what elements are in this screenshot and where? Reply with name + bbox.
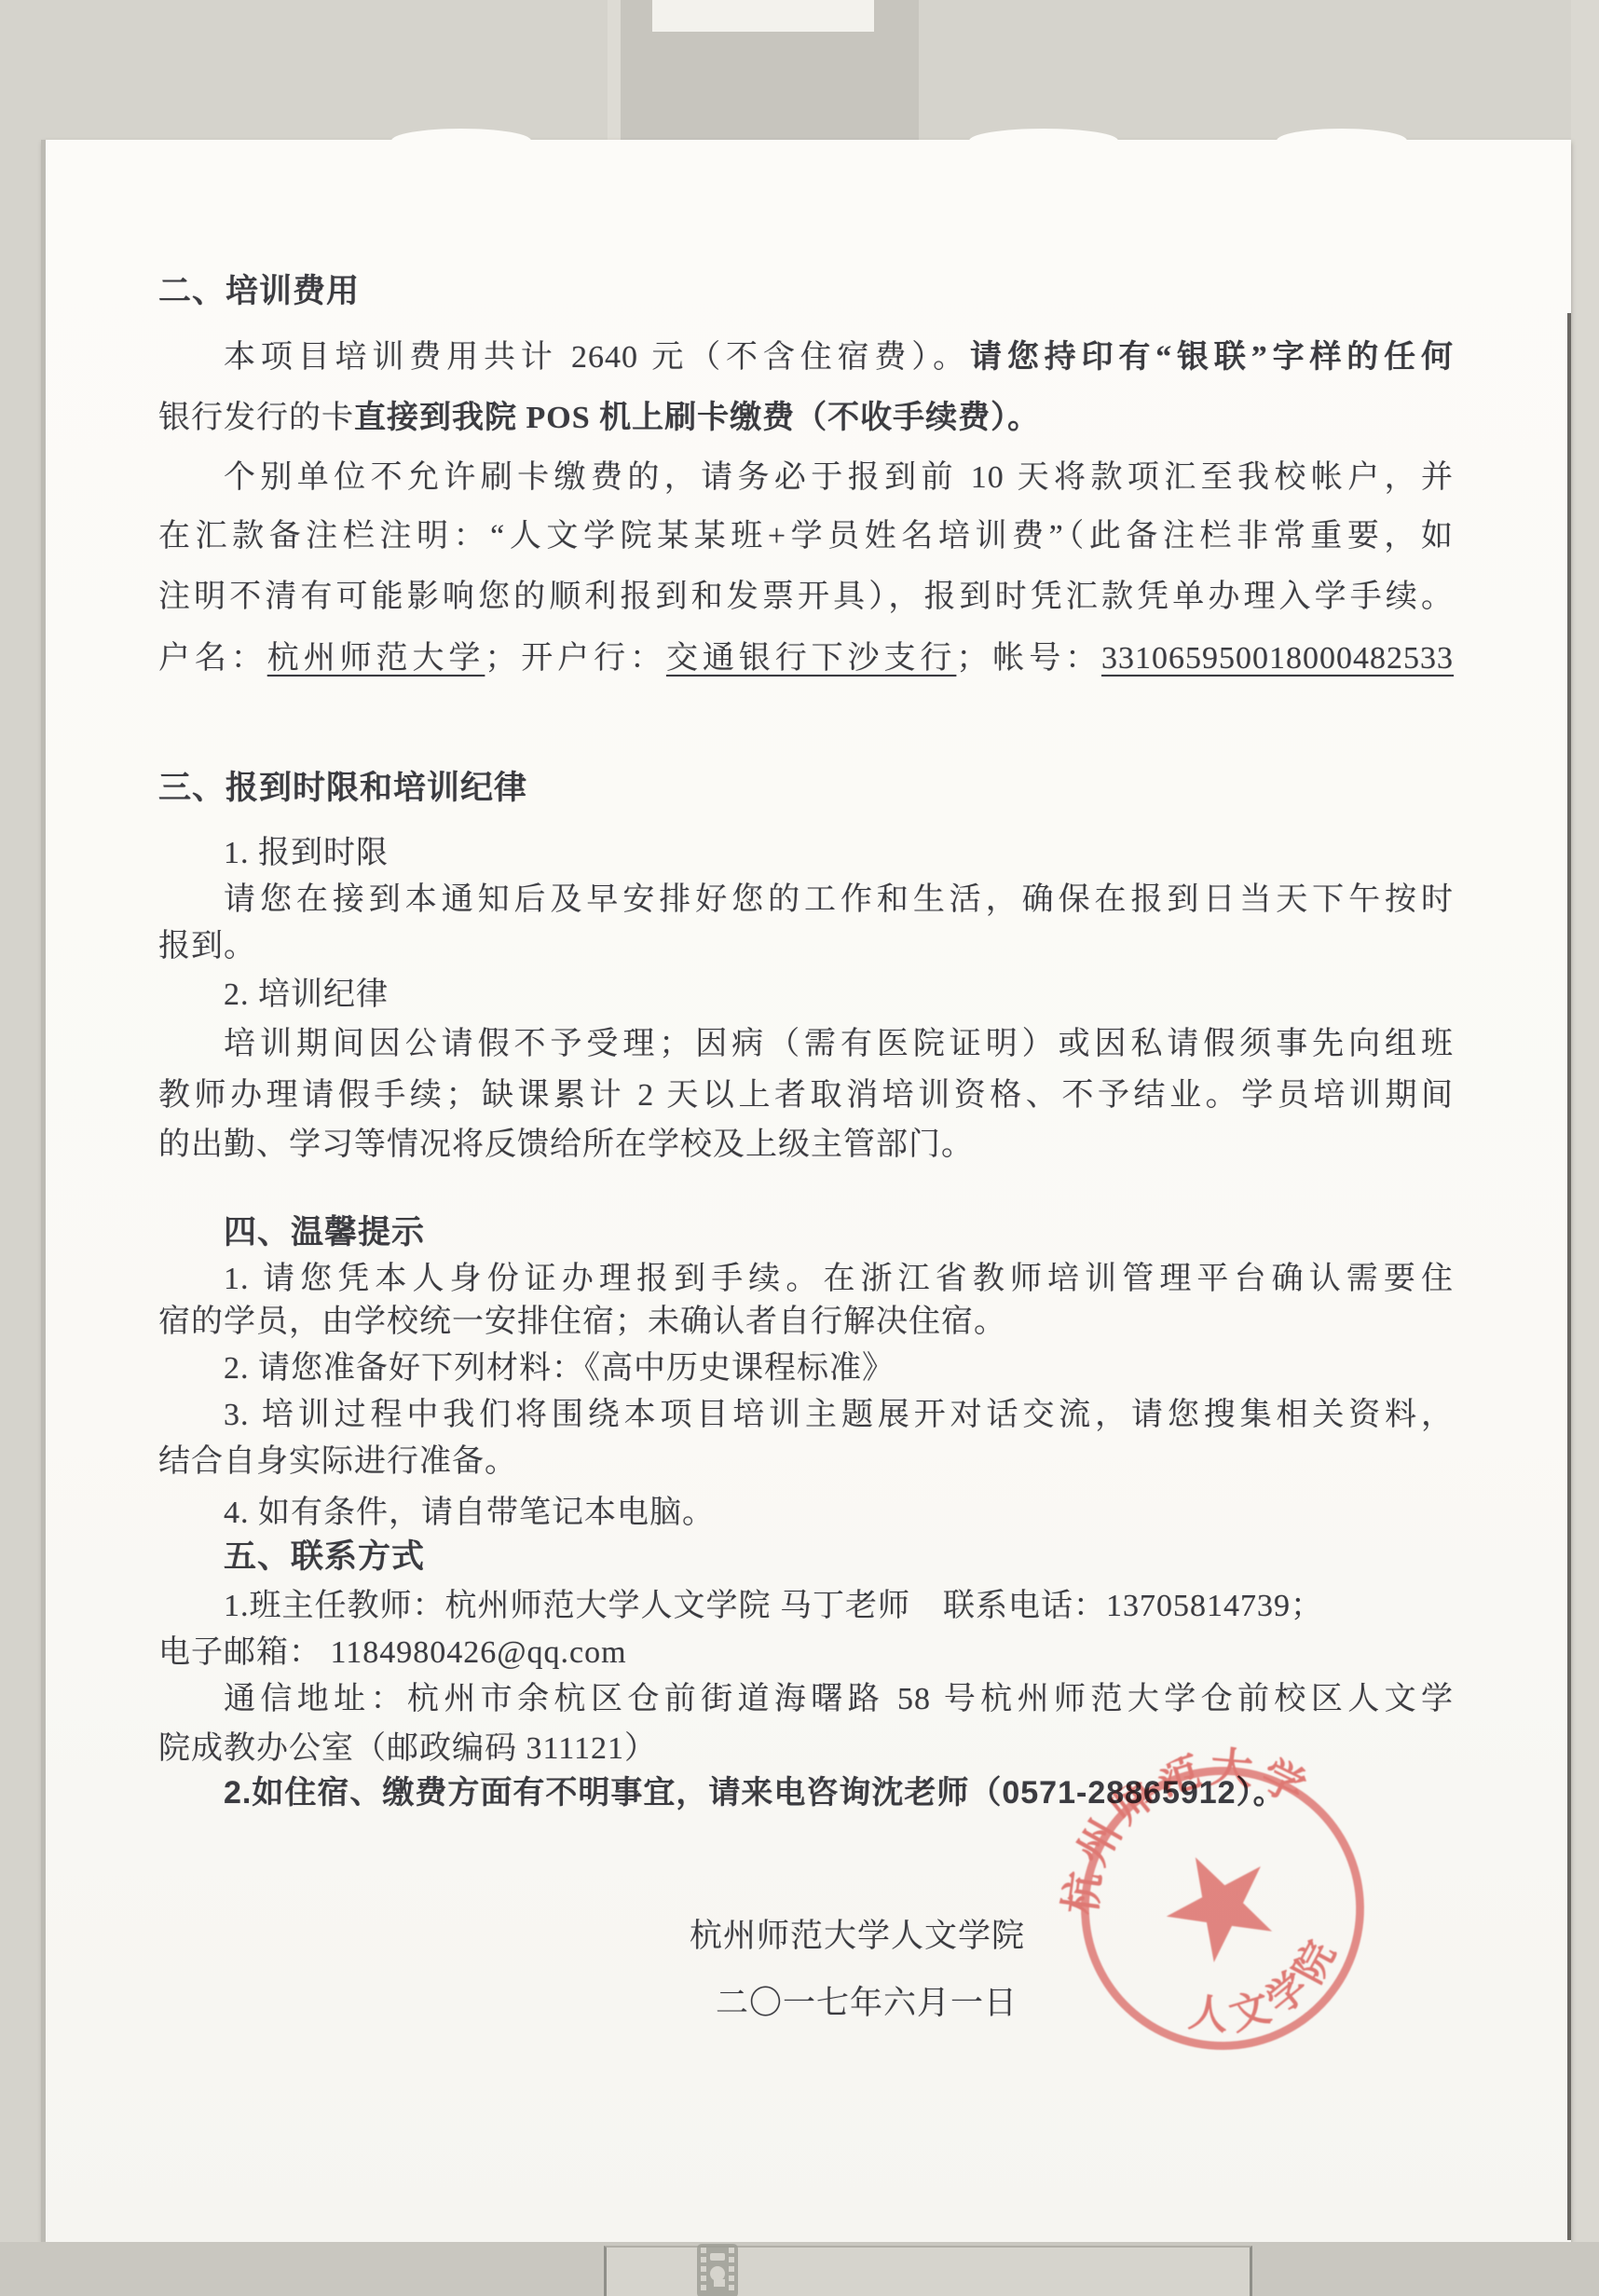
discipline-paragraph-line: 教师办理请假手续；缺课累计 2 天以上者取消培训资格、不予结业。学员培训期间 [158, 1076, 1454, 1119]
film-strip-icon [691, 2242, 744, 2296]
bank-card-text: 银行发行的卡 [158, 401, 354, 435]
reminder-item-line: 2. 请您准备好下列材料：《高中历史课程标准》 [158, 1349, 1454, 1392]
reminder-item-line: 结合自身实际进行准备。 [158, 1442, 1454, 1485]
account-number-label: ；帐号： [956, 641, 1101, 676]
reminder-item-line: 3. 培训过程中我们将围绕本项目培训主题展开对话交流，请您搜集相关资料， [158, 1396, 1454, 1439]
discipline-paragraph-line: 的出勤、学习等情况将反馈给所在学校及上级主管部门。 [158, 1126, 1454, 1168]
bank-account-line: 户名：杭州师范大学；开户行：交通银行下沙支行；帐号：33106595001800… [158, 639, 1454, 682]
fee-paragraph-line: 本项目培训费用共计 2640 元（不含住宿费）。请您持印有“银联”字样的任何 [158, 338, 1454, 381]
account-number-value: 331065950018000482533 [1101, 641, 1454, 676]
bank-branch-value: 交通银行下沙支行 [666, 641, 956, 676]
section-4-heading: 四、温馨提示 [158, 1213, 1454, 1256]
bank-branch-label: ；开户行： [485, 641, 666, 676]
reminder-item-line: 1. 请您凭本人身份证办理报到手续。在浙江省教师培训管理平台确认需要住 [158, 1260, 1454, 1303]
registration-paragraph-line: 请您在接到本通知后及早安排好您的工作和生活，确保在报到日当天下午按时 [158, 881, 1454, 923]
scanned-document: 浙江省中小学教师专业发展培训项目 培训通知 报到时间：2017 年 6 月 22… [0, 0, 1599, 2296]
page-top-edge-bump [391, 129, 531, 153]
document-page: 二、培训费用 本项目培训费用共计 2640 元（不含住宿费）。请您持印有“银联”… [43, 140, 1571, 2242]
scanner-top-tab-highlight [652, 0, 874, 32]
reminder-item-line: 宿的学员，由学校统一安排住宿；未确认者自行解决住宿。 [158, 1303, 1454, 1346]
account-name-value: 杭州师范大学 [267, 641, 485, 676]
remittance-paragraph-line: 注明不清有可能影响您的顺利报到和发票开具），报到时凭汇款凭单办理入学手续。 [158, 578, 1454, 621]
fee-amount-text: 本项目培训费用共计 2640 元（不含住宿费）。 [224, 340, 970, 375]
section-2-heading: 二、培训费用 [158, 272, 1454, 315]
fee-paragraph-line: 银行发行的卡直接到我院 POS 机上刷卡缴费（不收手续费）。 [158, 399, 1454, 442]
reminder-item-line: 4. 如有条件，请自带笔记本电脑。 [158, 1494, 1454, 1537]
remittance-paragraph-line: 在汇款备注栏注明：“人文学院某某班+学员姓名培训费”（此备注栏非常重要，如 [158, 517, 1454, 560]
section-3-heading: 三、报到时限和培训纪律 [158, 769, 1454, 812]
pos-payment-bold-text: 直接到我院 POS 机上刷卡缴费（不收手续费）。 [354, 401, 1040, 435]
signature-organization: 杭州师范大学人文学院 [690, 1910, 1025, 1957]
registration-paragraph-line: 报到。 [158, 927, 1454, 970]
scanner-top-tab-edge [608, 0, 621, 143]
discipline-paragraph-line: 培训期间因公请假不予受理；因病（需有医院证明）或因私请假须事先向组班 [158, 1025, 1454, 1068]
page-top-edge-bump [1277, 129, 1407, 153]
remittance-paragraph-line: 个别单位不允许刷卡缴费的，请务必于报到前 10 天将款项汇至我校帐户，并 [158, 458, 1454, 501]
contact-teacher-line: 1.班主任教师：杭州师范大学人文学院 马丁老师 联系电话：13705814739… [158, 1587, 1454, 1630]
subheading-registration-deadline: 1. 报到时限 [158, 834, 1454, 877]
section-5-heading: 五、联系方式 [158, 1537, 1454, 1580]
unionpay-bold-text: 请您持印有“银联”字样的任何 [970, 340, 1454, 375]
contact-email-line: 电子邮箱： 1184980426@qq.com [158, 1633, 1454, 1676]
page-left-edge-shadow [41, 140, 46, 2242]
account-name-label: 户名： [158, 641, 267, 676]
signature-date: 二〇一七年六月一日 [716, 1977, 1018, 2024]
subheading-training-discipline: 2. 培训纪律 [158, 976, 1454, 1018]
seal-star-icon [1148, 1832, 1290, 1972]
page-right-edge-line [1567, 313, 1571, 2240]
scanner-bed-right [1571, 0, 1599, 2296]
page-top-edge-bump [969, 129, 1118, 153]
